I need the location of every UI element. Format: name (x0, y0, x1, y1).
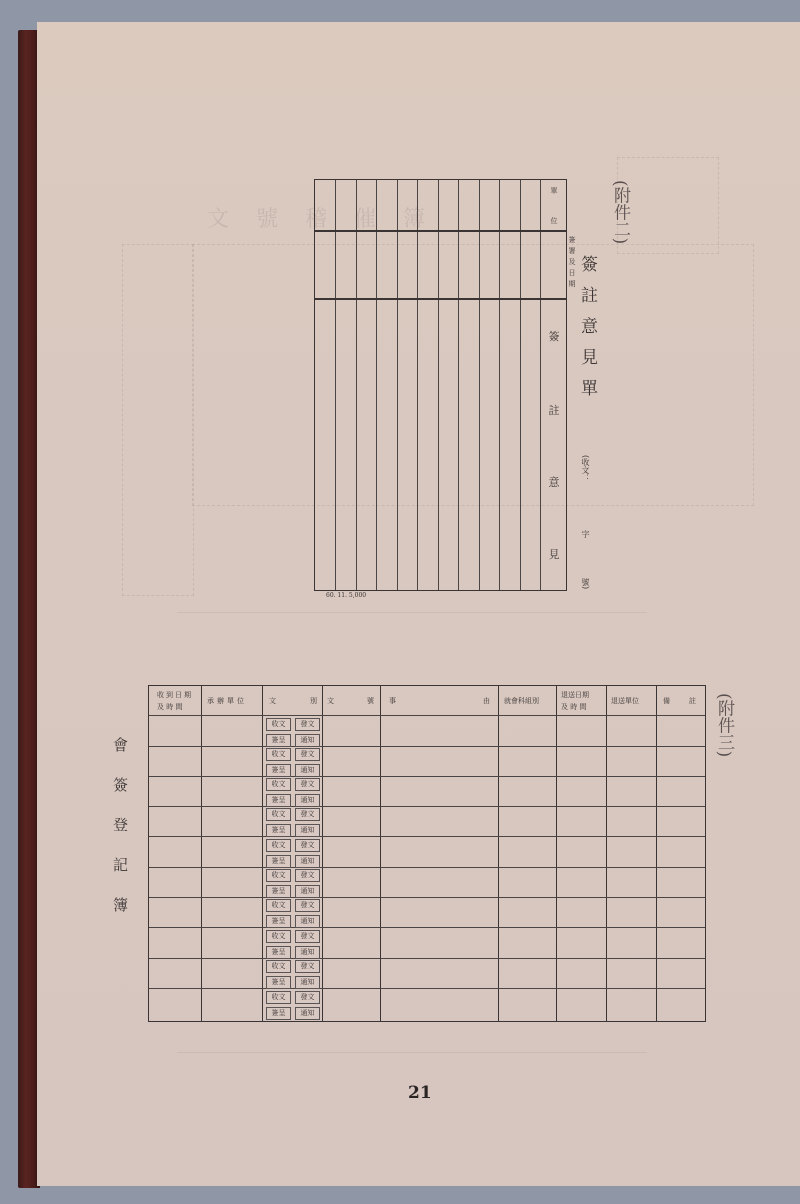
option-petition[interactable]: 簽呈 (266, 855, 291, 868)
receipt-note-mid: 字 (580, 530, 591, 538)
column-divider (520, 180, 521, 590)
label-opinion-2: 註 (541, 402, 567, 418)
doc-type-options-row-6: 收文 發文 簽呈 通知 (266, 869, 320, 898)
column-divider (556, 686, 557, 1021)
option-notice[interactable]: 通知 (295, 794, 320, 807)
option-notice[interactable]: 通知 (295, 824, 320, 837)
row-divider (149, 836, 705, 837)
register-title: 會簽登記簿 (110, 737, 131, 937)
header-remarks-right: 註 (689, 696, 696, 706)
header-doc-no-left: 文 (327, 696, 334, 706)
column-divider (262, 686, 263, 1021)
page-number: 21 (408, 1083, 432, 1103)
option-received[interactable]: 收文 (266, 991, 291, 1004)
option-received[interactable]: 收文 (266, 718, 291, 731)
column-divider (606, 686, 607, 1021)
header-subject-left: 事 (389, 696, 396, 706)
show-through-line (177, 1052, 647, 1053)
option-issued[interactable]: 發文 (295, 899, 320, 912)
option-issued[interactable]: 發文 (295, 960, 320, 973)
option-petition[interactable]: 簽呈 (266, 915, 291, 928)
option-petition[interactable]: 簽呈 (266, 976, 291, 989)
option-issued[interactable]: 發文 (295, 930, 320, 943)
column-divider (397, 180, 398, 590)
column-divider (438, 180, 439, 590)
option-petition[interactable]: 簽呈 (266, 946, 291, 959)
column-divider (479, 180, 480, 590)
header-subject-right: 由 (483, 696, 490, 706)
attachment-2-marker: (附件二) (608, 180, 633, 244)
column-divider (380, 686, 381, 1021)
print-code: 60. 11. 5,000 (326, 592, 366, 599)
option-issued[interactable]: 發文 (295, 808, 320, 821)
option-issued[interactable]: 發文 (295, 839, 320, 852)
option-received[interactable]: 收文 (266, 748, 291, 761)
header-doc-type-right: 別 (310, 696, 317, 706)
header-return-date-2: 及 時 間 (561, 702, 586, 712)
show-through-form (122, 244, 194, 596)
option-received[interactable]: 收文 (266, 869, 291, 882)
attachment-3-marker: (附件三) (712, 693, 737, 757)
column-divider (201, 686, 202, 1021)
label-opinion-4: 見 (541, 546, 567, 562)
header-doc-type-left: 文 (269, 696, 276, 706)
doc-type-options-row-8: 收文 發文 簽呈 通知 (266, 930, 320, 959)
option-notice[interactable]: 通知 (295, 1007, 320, 1020)
header-received-date-2: 及 時 間 (157, 702, 182, 712)
row-divider (149, 806, 705, 807)
doc-type-options-row-10: 收文 發文 簽呈 通知 (266, 991, 320, 1020)
option-received[interactable]: 收文 (266, 778, 291, 791)
column-divider (322, 686, 323, 1021)
countersign-register-table: 收到日期 及 時 間 承辦單位 文 別 文 號 事 由 就會科組別 退送日期 及… (148, 685, 706, 1022)
header-remarks-left: 備 (663, 696, 670, 706)
option-received[interactable]: 收文 (266, 839, 291, 852)
option-petition[interactable]: 簽呈 (266, 764, 291, 777)
doc-type-options-row-7: 收文 發文 簽呈 通知 (266, 899, 320, 928)
option-notice[interactable]: 通知 (295, 885, 320, 898)
row-divider (315, 230, 566, 232)
row-divider (149, 897, 705, 898)
option-notice[interactable]: 通知 (295, 915, 320, 928)
option-petition[interactable]: 簽呈 (266, 734, 291, 747)
doc-type-options-row-1: 收文 發文 簽呈 通知 (266, 718, 320, 747)
option-issued[interactable]: 發文 (295, 991, 320, 1004)
doc-type-options-row-2: 收文 發文 簽呈 通知 (266, 748, 320, 777)
column-divider (540, 180, 541, 590)
option-notice[interactable]: 通知 (295, 946, 320, 959)
label-unit-1: 單 (541, 186, 567, 196)
column-divider (417, 180, 418, 590)
header-received-date-1: 收到日期 (157, 690, 193, 700)
label-opinion-3: 意 (541, 474, 567, 490)
option-notice[interactable]: 通知 (295, 764, 320, 777)
label-unit-2: 位 (541, 216, 567, 226)
doc-type-options-row-4: 收文 發文 簽呈 通知 (266, 808, 320, 837)
doc-type-options-row-9: 收文 發文 簽呈 通知 (266, 960, 320, 989)
column-divider (458, 180, 459, 590)
option-received[interactable]: 收文 (266, 899, 291, 912)
option-issued[interactable]: 發文 (295, 778, 320, 791)
receipt-note-top: (收文： (580, 455, 591, 482)
row-divider (149, 958, 705, 959)
option-petition[interactable]: 簽呈 (266, 1007, 291, 1020)
header-return-date-1: 退送日期 (561, 690, 589, 700)
column-divider (376, 180, 377, 590)
header-divider (149, 715, 705, 716)
row-divider (149, 746, 705, 747)
opinion-form-title: 簽註意見單 (575, 255, 600, 410)
column-divider (335, 180, 336, 590)
opinion-form-table: 單 位 簽署及日期 簽 註 意 見 (314, 179, 567, 591)
column-divider (656, 686, 657, 1021)
option-notice[interactable]: 通知 (295, 855, 320, 868)
column-divider (499, 180, 500, 590)
option-issued[interactable]: 發文 (295, 718, 320, 731)
receipt-note-bottom: 號) (580, 578, 591, 589)
header-return-unit: 退送單位 (611, 696, 639, 706)
row-divider (315, 298, 566, 300)
option-received[interactable]: 收文 (266, 808, 291, 821)
header-handling-unit: 承辦單位 (207, 696, 247, 706)
column-divider (356, 180, 357, 590)
option-petition[interactable]: 簽呈 (266, 794, 291, 807)
header-doc-no-right: 號 (367, 696, 374, 706)
option-petition[interactable]: 簽呈 (266, 885, 291, 898)
option-received[interactable]: 收文 (266, 930, 291, 943)
option-issued[interactable]: 發文 (295, 869, 320, 882)
row-divider (149, 867, 705, 868)
doc-type-options-row-5: 收文 發文 簽呈 通知 (266, 839, 320, 868)
option-issued[interactable]: 發文 (295, 748, 320, 761)
row-divider (149, 776, 705, 777)
doc-type-options-row-3: 收文 發文 簽呈 通知 (266, 778, 320, 807)
option-received[interactable]: 收文 (266, 960, 291, 973)
option-notice[interactable]: 通知 (295, 976, 320, 989)
label-sign-date: 簽署及日期 (551, 236, 577, 291)
option-notice[interactable]: 通知 (295, 734, 320, 747)
header-consult-section: 就會科組別 (504, 696, 539, 706)
show-through-line (177, 612, 647, 613)
row-divider (149, 927, 705, 928)
option-petition[interactable]: 簽呈 (266, 824, 291, 837)
label-opinion-1: 簽 (541, 328, 567, 344)
column-divider (498, 686, 499, 1021)
row-divider (149, 988, 705, 989)
